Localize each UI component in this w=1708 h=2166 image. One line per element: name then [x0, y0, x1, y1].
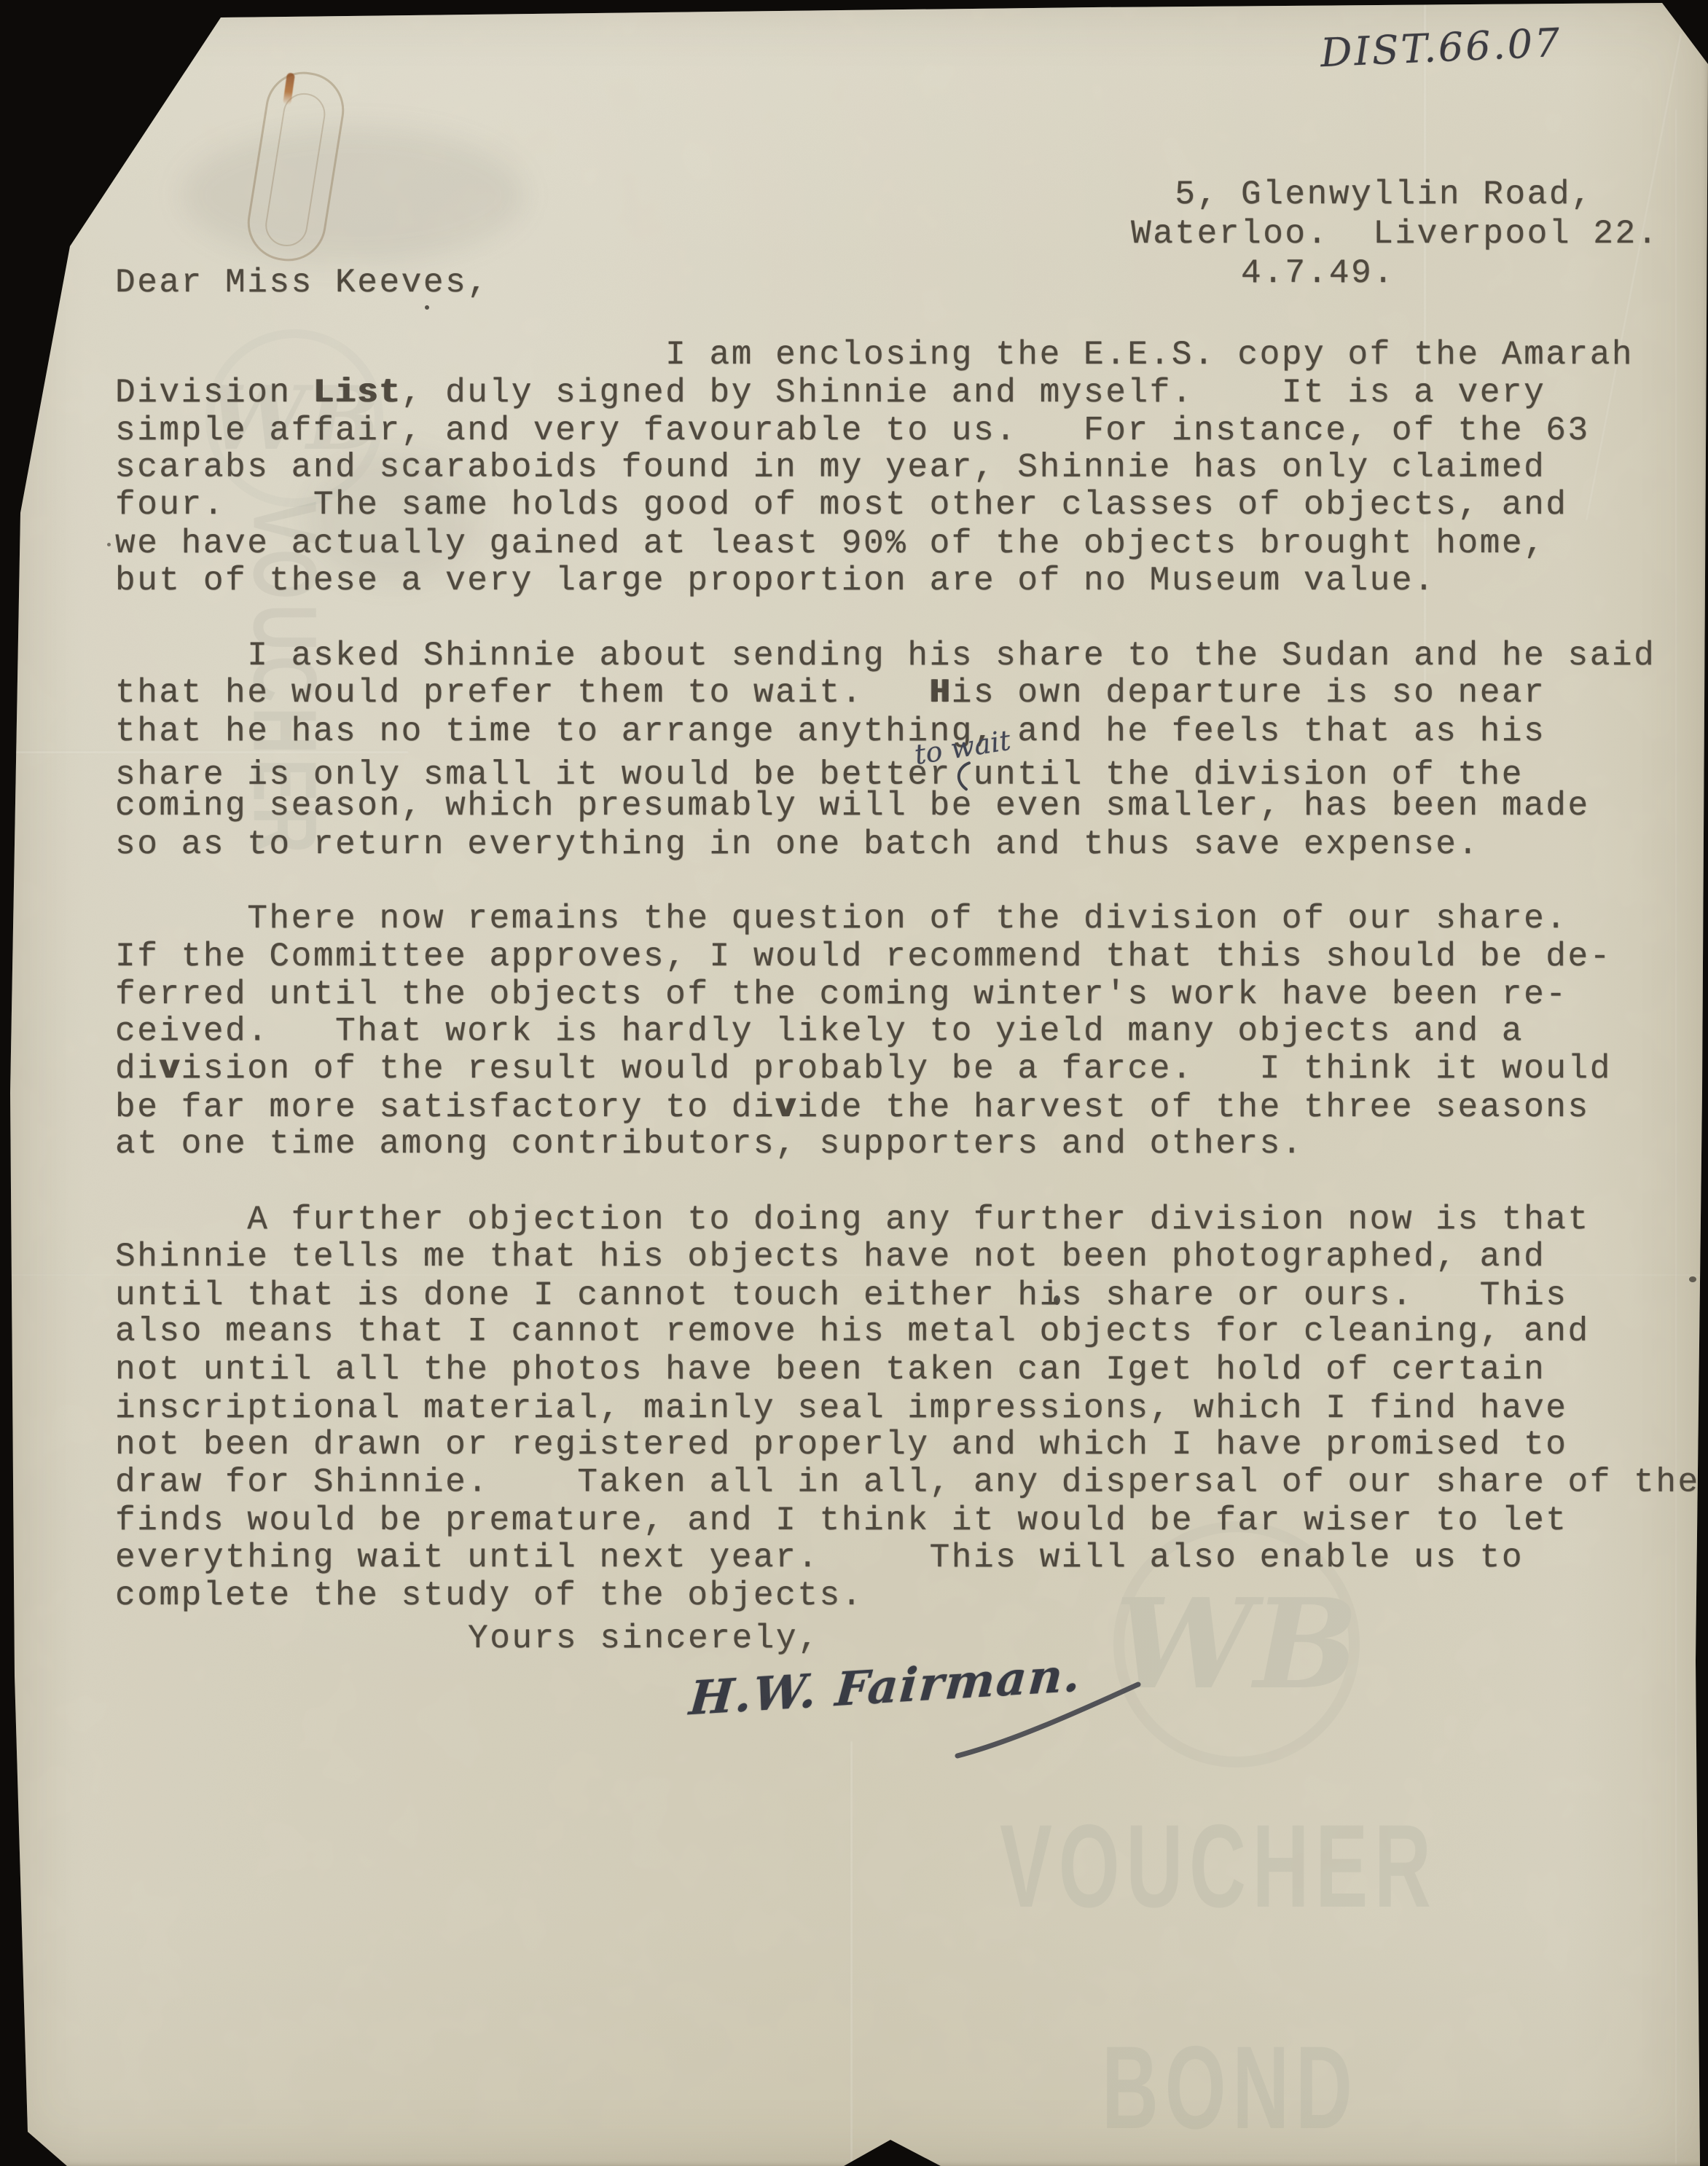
typewritten-line: A further objection to doing any further…	[115, 1201, 1708, 1239]
typewritten-line: Shinnie tells me that his objects have n…	[115, 1239, 1708, 1276]
typewritten-line: Division List, duly signed by Shinnie an…	[115, 374, 1708, 412]
typewritten-line: that he would prefer them to wait. His o…	[115, 675, 1708, 713]
typewritten-line: ferred until the objects of the coming w…	[115, 976, 1708, 1014]
typewritten-line: I asked Shinnie about sending his share …	[115, 637, 1708, 675]
typewritten-line: I am enclosing the E.E.S. copy of the Am…	[115, 337, 1708, 374]
overstruck-text: List	[313, 374, 401, 412]
paragraph: A further objection to doing any further…	[115, 1201, 1708, 1615]
typewritten-line: be far more satisfactory to divide the h…	[115, 1089, 1708, 1127]
paragraph: I am enclosing the E.E.S. copy of the Am…	[115, 337, 1708, 600]
typewritten-line: division of the result would probably be…	[115, 1051, 1708, 1088]
typewritten-line: but of these a very large proportion are…	[115, 562, 1708, 600]
insertion-anchor: to wait	[952, 750, 974, 783]
typewritten-line: so as to return everything in one batch …	[115, 826, 1708, 864]
scanned-letter: WB VOUCHER WB VOUCHER BOND DIST.66.07 5,…	[0, 0, 1708, 2166]
typewritten-line: ceived. That work is hardly likely to yi…	[115, 1013, 1708, 1051]
typewritten-line: share is only small it would be betterto…	[115, 750, 1708, 788]
typewritten-line: that he has no time to arrange anything,…	[115, 713, 1708, 751]
ink-speck	[425, 305, 429, 310]
typewritten-line: inscriptional material, mainly seal impr…	[115, 1389, 1708, 1427]
typewritten-line: four. The same holds good of most other …	[115, 487, 1708, 525]
paperclip-imprint-inner	[262, 90, 328, 249]
archive-reference-handwritten: DIST.66.07	[1320, 20, 1563, 76]
typewritten-line: everything wait until next year. This wi…	[115, 1539, 1708, 1577]
letter-body: I am enclosing the E.E.S. copy of the Am…	[115, 337, 1708, 1614]
typewritten-line: scarabs and scaraboids found in my year,…	[115, 449, 1708, 487]
sender-address: 5, Glenwyllin Road, Waterloo. Liverpool …	[1131, 175, 1659, 293]
watermark-voucher: VOUCHER	[1000, 1798, 1438, 1934]
typewritten-line: finds would be premature, and I think it…	[115, 1502, 1708, 1540]
overstruck-text: v	[159, 1050, 181, 1088]
typewritten-line: coming season, which presumably will be …	[115, 788, 1708, 825]
caret-mark	[953, 760, 972, 792]
typewritten-line: If the Committee approves, I would recom…	[115, 938, 1708, 976]
letter-page: WB VOUCHER WB VOUCHER BOND DIST.66.07 5,…	[0, 0, 1708, 2166]
typewritten-line: complete the study of the objects.	[115, 1577, 1708, 1615]
typewritten-line: not been drawn or registered properly an…	[115, 1427, 1708, 1464]
typewritten-line: There now remains the question of the di…	[115, 900, 1708, 938]
fold-crease	[850, 1741, 853, 2166]
typewritten-line: not until all the photos have been taken…	[115, 1351, 1708, 1389]
salutation: Dear Miss Keeves,	[115, 264, 489, 302]
overstruck-text: v	[775, 1088, 797, 1126]
ink-speck	[107, 543, 111, 546]
typewritten-line: also means that I cannot remove his meta…	[115, 1314, 1708, 1351]
signature-flourish	[952, 1677, 1148, 1765]
paragraph: There now remains the question of the di…	[115, 900, 1708, 1164]
typewritten-line: at one time among contributors, supporte…	[115, 1126, 1708, 1164]
typewritten-line: simple affair, and very favourable to us…	[115, 412, 1708, 450]
watermark-bond: BOND	[1102, 2020, 1359, 2156]
typewritten-line: we have actually gained at least 90% of …	[115, 525, 1708, 563]
smudge-mark	[182, 127, 525, 262]
typewritten-line: until that is done I cannot touch either…	[115, 1277, 1708, 1315]
overstruck-text: H	[930, 674, 952, 712]
typewritten-line: draw for Shinnie. Taken all in all, any …	[115, 1464, 1708, 1502]
paragraph: I asked Shinnie about sending his share …	[115, 637, 1708, 863]
closing: Yours sincerely,	[468, 1620, 820, 1657]
